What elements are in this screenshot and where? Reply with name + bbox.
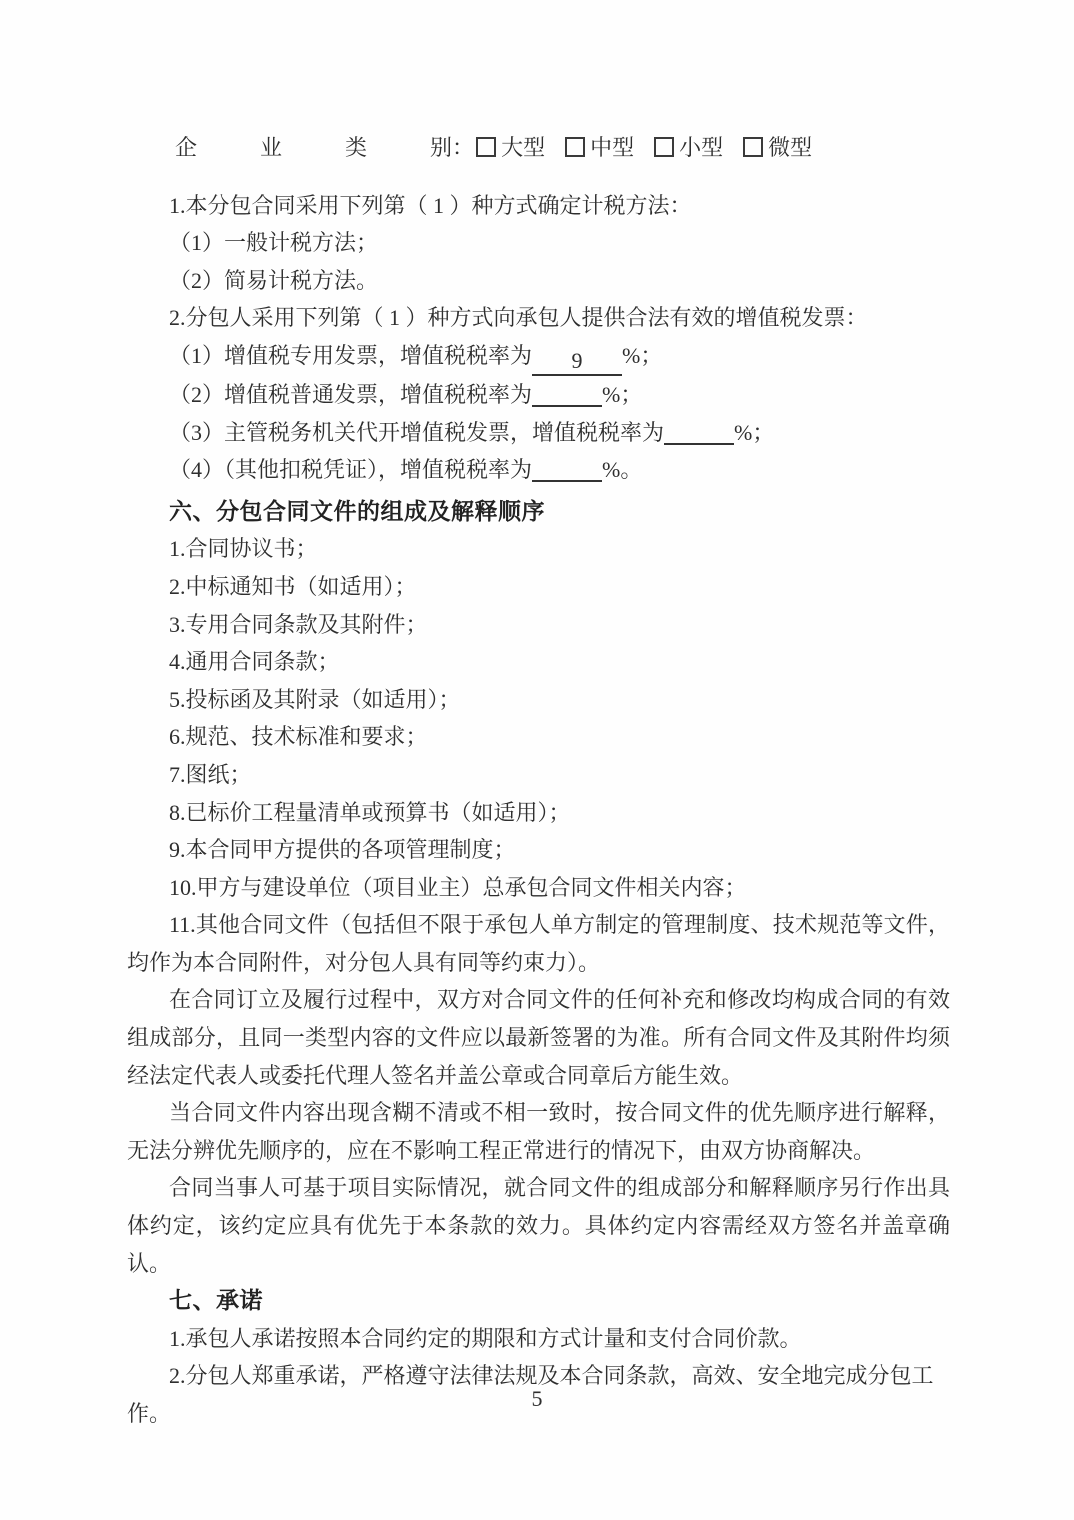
tax-rate-blank-field[interactable]: [532, 454, 602, 482]
checkbox-option-label: 大型: [501, 135, 545, 160]
invoice-option-4: （4）（其他扣税凭证），增值税税率为%。: [127, 451, 950, 489]
invoice-option-1: （1）增值税专用发票，增值税税率为9%；: [127, 337, 950, 376]
invoice-option-text: （1）增值税专用发票，增值税税率为: [169, 343, 532, 368]
checkbox-option-label: 中型: [590, 135, 634, 160]
invoice-option-2: （2）增值税普通发票，增值税税率为%；: [127, 376, 950, 414]
tax-method-option-1: （1）一般计税方法；: [127, 224, 950, 262]
invoice-option-text: （4）（其他扣税凭证），增值税税率为: [169, 457, 532, 482]
invoice-option-3: （3）主管税务机关代开增值税发票，增值税税率为%；: [127, 414, 950, 452]
invoice-option-text: （3）主管税务机关代开增值税发票，增值税税率为: [169, 420, 664, 445]
contract-document-page: 企业类别：大型中型小型微型 1.本分包合同采用下列第（ 1 ）种方式确定计税方法…: [0, 0, 1074, 1520]
invoice-intro: 2.分包人采用下列第（ 1 ）种方式向承包人提供合法有效的增值税发票：: [127, 299, 950, 337]
paragraph-amendments: 在合同订立及履行过程中，双方对合同文件的任何补充和修改均构成合同的有效组成部分，…: [127, 981, 950, 1094]
section-7-heading: 七、承诺: [127, 1282, 950, 1320]
checkbox-option-micro[interactable]: 微型: [743, 135, 812, 160]
paragraph-ambiguity: 当合同文件内容出现含糊不清或不相一致时，按合同文件的优先顺序进行解释，无法分辨优…: [127, 1094, 950, 1169]
checkbox-unchecked-icon[interactable]: [476, 137, 496, 157]
invoice-option-suffix: %；: [622, 343, 662, 368]
enterprise-label-char: 业: [260, 135, 282, 160]
list-item-11: 11.其他合同文件（包括但不限于承包人单方制定的管理制度、技术规范等文件，均作为…: [127, 906, 950, 981]
invoice-option-suffix: %；: [734, 420, 774, 445]
checkbox-option-medium[interactable]: 中型: [565, 135, 634, 160]
checkbox-unchecked-icon[interactable]: [565, 137, 585, 157]
section-6-heading: 六、分包合同文件的组成及解释顺序: [127, 493, 950, 531]
enterprise-label-char: 类: [345, 135, 367, 160]
list-item-9: 9.本合同甲方提供的各项管理制度；: [127, 831, 950, 869]
commitment-item-1: 1.承包人承诺按照本合同约定的期限和方式计量和支付合同价款。: [127, 1320, 950, 1358]
checkbox-option-small[interactable]: 小型: [654, 135, 723, 160]
paragraph-custom-order: 合同当事人可基于项目实际情况，就合同文件的组成部分和解释顺序另行作出具体约定，该…: [127, 1169, 950, 1282]
list-item-3: 3.专用合同条款及其附件；: [127, 606, 950, 644]
enterprise-label-char: 企: [175, 135, 197, 160]
list-item-6: 6.规范、技术标准和要求；: [127, 718, 950, 756]
checkbox-option-label: 小型: [679, 135, 723, 160]
list-item-1: 1.合同协议书；: [127, 530, 950, 568]
list-item-10: 10.甲方与建设单位（项目业主）总承包合同文件相关内容；: [127, 869, 950, 907]
tax-rate-blank-field[interactable]: [532, 379, 602, 407]
list-item-5: 5.投标函及其附录（如适用）；: [127, 681, 950, 719]
invoice-option-text: （2）增值税普通发票，增值税税率为: [169, 382, 532, 407]
enterprise-label-char: 别：: [430, 135, 474, 160]
list-item-7: 7.图纸；: [127, 756, 950, 794]
checkbox-option-large[interactable]: 大型: [476, 135, 545, 160]
page-number: 5: [0, 1380, 1074, 1418]
checkbox-unchecked-icon[interactable]: [654, 137, 674, 157]
checkbox-option-label: 微型: [768, 135, 812, 160]
tax-method-intro: 1.本分包合同采用下列第（ 1 ）种方式确定计税方法：: [127, 187, 950, 225]
list-item-4: 4.通用合同条款；: [127, 643, 950, 681]
list-item-2: 2.中标通知书（如适用）；: [127, 568, 950, 606]
checkbox-unchecked-icon[interactable]: [743, 137, 763, 157]
tax-rate-blank-field[interactable]: [664, 417, 734, 445]
invoice-option-suffix: %；: [602, 382, 642, 407]
tax-method-option-2: （2）简易计税方法。: [127, 262, 950, 300]
invoice-option-suffix: %。: [602, 457, 642, 482]
list-item-8: 8.已标价工程量清单或预算书（如适用）；: [127, 794, 950, 832]
tax-rate-blank-field[interactable]: 9: [532, 348, 622, 376]
enterprise-type-row: 企业类别：大型中型小型微型: [127, 129, 950, 167]
